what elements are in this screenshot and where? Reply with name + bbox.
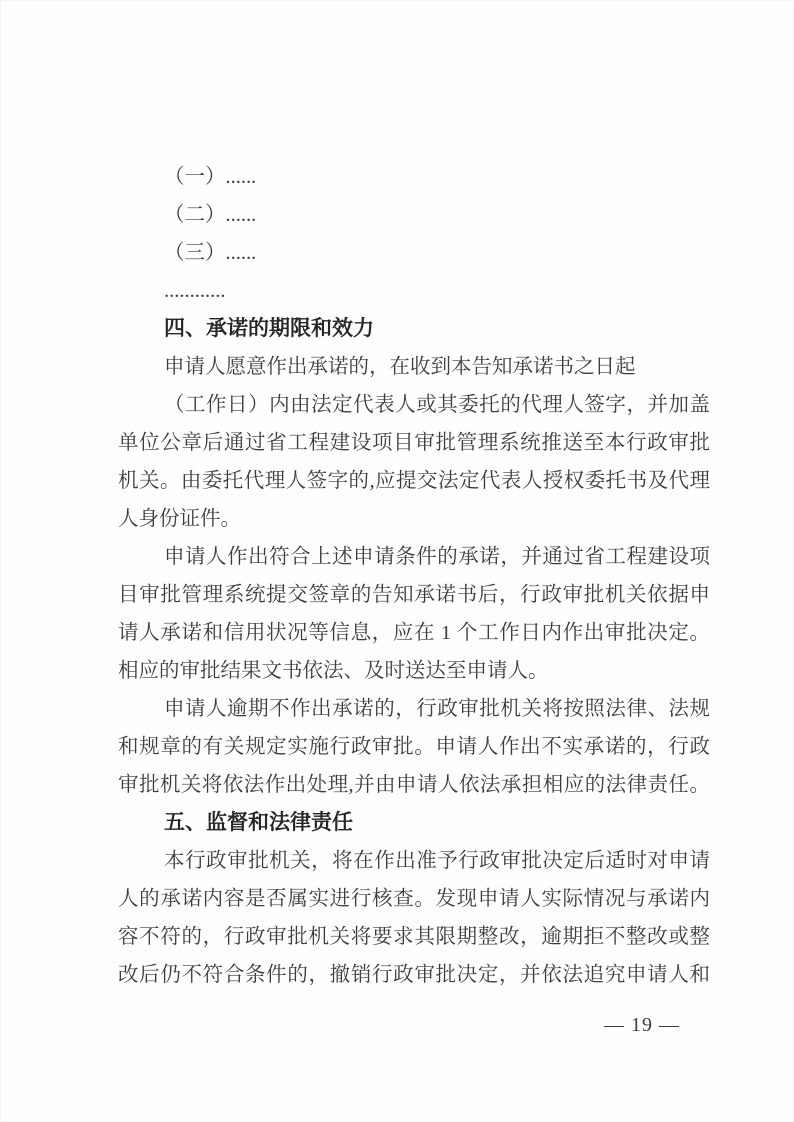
ellipsis-line: ............ bbox=[118, 272, 710, 310]
section-heading: 四、承诺的期限和效力 bbox=[118, 310, 710, 348]
text-line: 和规章的有关规定实施行政审批。申请人作出不实承诺的，行政 bbox=[118, 728, 710, 766]
list-item: （一）...... bbox=[118, 158, 710, 196]
text-line: 相应的审批结果文书依法、及时送达至申请人。 bbox=[118, 652, 710, 690]
text-line: 审批机关将依法作出处理,并由申请人依法承担相应的法律责任。 bbox=[118, 766, 710, 804]
text-line: 申请人愿意作出承诺的，在收到本告知承诺书之日起 bbox=[118, 348, 710, 386]
text-line: （工作日）内由法定代表人或其委托的代理人签字，并加盖 bbox=[118, 386, 710, 424]
text-line: 本行政审批机关，将在作出准予行政审批决定后适时对申请 bbox=[118, 842, 710, 880]
text-line: 单位公章后通过省工程建设项目审批管理系统推送至本行政审批 bbox=[118, 424, 710, 462]
text-line: 申请人逾期不作出承诺的，行政审批机关将按照法律、法规 bbox=[118, 690, 710, 728]
text-line: 机关。由委托代理人签字的,应提交法定代表人授权委托书及代理 bbox=[118, 462, 710, 500]
text-line: 请人承诺和信用状况等信息，应在 1 个工作日内作出审批决定。 bbox=[118, 614, 710, 652]
text-line: 改后仍不符合条件的，撤销行政审批决定，并依法追究申请人和 bbox=[118, 956, 710, 994]
text-line: 目审批管理系统提交签章的告知承诺书后，行政审批机关依据申 bbox=[118, 576, 710, 614]
text-line: 申请人作出符合上述申请条件的承诺，并通过省工程建设项 bbox=[118, 538, 710, 576]
list-item: （二）...... bbox=[118, 196, 710, 234]
document-body: （一）...... （二）...... （三）...... ..........… bbox=[118, 158, 710, 994]
text-line: 人身份证件。 bbox=[118, 500, 710, 538]
text-line: 人的承诺内容是否属实进行核查。发现申请人实际情况与承诺内 bbox=[118, 880, 710, 918]
section-heading: 五、监督和法律责任 bbox=[118, 804, 710, 842]
list-item: （三）...... bbox=[118, 234, 710, 272]
page-number: — 19 — bbox=[604, 1006, 680, 1044]
text-line: 容不符的，行政审批机关将要求其限期整改，逾期拒不整改或整 bbox=[118, 918, 710, 956]
document-page: （一）...... （二）...... （三）...... ..........… bbox=[0, 0, 794, 1122]
